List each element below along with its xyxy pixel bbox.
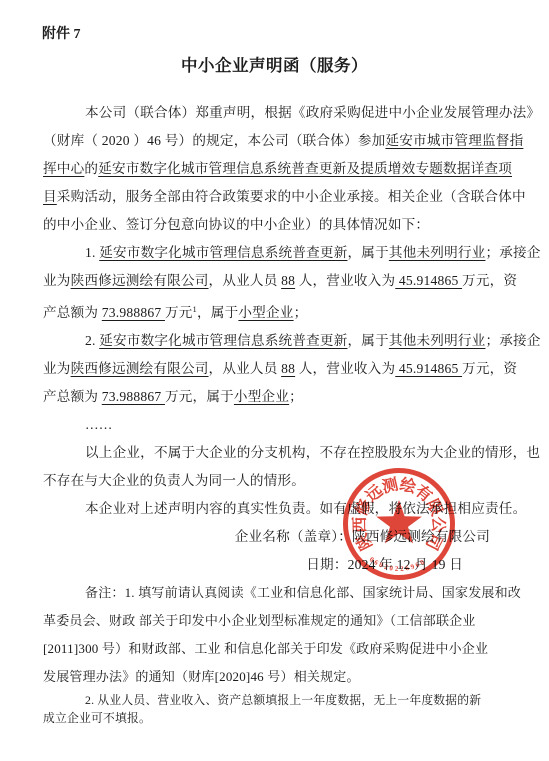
underlined-field: 陕西修远测绘有限公司 bbox=[71, 273, 209, 288]
underlined-field: 延安市数字化城市管理信息系统普查更新 bbox=[99, 333, 347, 348]
text-segment: ，从业人员 bbox=[209, 273, 282, 288]
text-segment: 万元，资 bbox=[462, 361, 517, 376]
text-segment: ，从业人员 bbox=[209, 361, 282, 376]
text-line: 业为陕西修远测绘有限公司，从业人员 88 人，营业收入为 45.914865 万… bbox=[43, 267, 509, 295]
text-segment: 人，营业收入为 bbox=[295, 273, 395, 288]
text-segment: 备注：1. 填写前请认真阅读《工业和信息化部、国家统计局、国家发展和改 bbox=[85, 585, 521, 600]
underlined-field: 45.914865 bbox=[395, 273, 462, 288]
text-segment: …… bbox=[85, 417, 113, 432]
text-segment: 1. bbox=[85, 245, 99, 260]
underlined-field: 其他未列明行业 bbox=[389, 245, 486, 260]
text-segment: ； bbox=[289, 389, 303, 404]
text-line: [2011]300 号）和财政部、工业 和信息化部关于印发《政府采购促进中小企业 bbox=[43, 635, 509, 663]
underlined-field: 88 bbox=[281, 361, 295, 376]
stamp-company-char: 测 bbox=[380, 475, 400, 496]
underlined-field: 其他未列明行业 bbox=[389, 333, 486, 348]
underlined-field: 陕西修远测绘有限公司 bbox=[71, 361, 209, 376]
text-segment: 产总额为 bbox=[43, 305, 102, 320]
text-segment: 万元，资 bbox=[462, 273, 517, 288]
underlined-field: 73.988867 bbox=[102, 389, 165, 404]
document-lines: 本公司（联合体）郑重声明，根据《政府采购促进中小企业发展管理办法》（财库（ 20… bbox=[43, 99, 509, 727]
text-segment: 以上企业，不属于大企业的分支机构，不存在控股股东为大企业的情形，也 bbox=[85, 445, 540, 460]
underlined-field: 延安市城市管理监督指 bbox=[385, 133, 523, 148]
text-segment: 2. bbox=[85, 333, 99, 348]
text-segment: 成立企业可不填报。 bbox=[43, 711, 151, 725]
text-line: 发展管理办法》的通知（财库[2020]46 号）相关规定。 bbox=[43, 663, 509, 691]
text-line: 2. 从业人员、营业收入、资产总额填报上一年度数据，无上一年度数据的新 bbox=[43, 691, 509, 709]
text-line: 挥中心的延安市数字化城市管理信息系统普查更新及提质增效专题数据详查项 bbox=[43, 155, 509, 183]
stamp-star-icon bbox=[376, 500, 422, 543]
underlined-field: 45.914865 bbox=[395, 361, 462, 376]
text-segment: ；承接企 bbox=[485, 333, 540, 348]
text-segment: ； bbox=[294, 305, 308, 320]
text-segment: 万元 bbox=[165, 305, 193, 320]
text-line: （财库（ 2020 ）46 号）的规定，本公司（联合体）参加延安市城市管理监督指 bbox=[43, 127, 509, 155]
text-segment: （财库（ 2020 ）46 号）的规定，本公司（联合体）参加 bbox=[43, 133, 385, 148]
text-segment: ，属于 bbox=[197, 305, 238, 320]
text-line: …… bbox=[43, 411, 509, 439]
underlined-field: 挥中心 bbox=[43, 161, 84, 176]
text-line: 的中小企业、签订分包意向协议的中小企业）的具体情况如下： bbox=[43, 211, 509, 239]
underlined-field: 73.988867 bbox=[102, 305, 165, 320]
underlined-field: 小型企业 bbox=[238, 305, 293, 320]
text-segment: ；承接企 bbox=[485, 245, 540, 260]
text-segment: [2011]300 号）和财政部、工业 和信息化部关于印发《政府采购促进中小企业 bbox=[43, 641, 488, 656]
underlined-field: 目 bbox=[43, 189, 57, 204]
document-page: 附件 7 中小企业声明函（服务） 本公司（联合体）郑重声明，根据《政府采购促进中… bbox=[0, 0, 549, 761]
text-segment: 本企业对上述声明内容的真实性负责。如有虚假，将依法承担相应责任。 bbox=[85, 501, 526, 516]
text-line: 产总额为 73.988867 万元，属于小型企业； bbox=[43, 383, 509, 411]
text-line: 1. 延安市数字化城市管理信息系统普查更新，属于其他未列明行业；承接企 bbox=[43, 239, 509, 267]
underlined-field: 88 bbox=[281, 273, 295, 288]
text-line: 本公司（联合体）郑重声明，根据《政府采购促进中小企业发展管理办法》 bbox=[43, 99, 509, 127]
text-segment: 业为 bbox=[43, 361, 71, 376]
text-line: 业为陕西修远测绘有限公司，从业人员 88 人，营业收入为 45.914865 万… bbox=[43, 355, 509, 383]
text-line: 成立企业可不填报。 bbox=[43, 709, 509, 727]
underlined-field: 延安市数字化城市管理信息系统普查更新 bbox=[99, 245, 347, 260]
document-title: 中小企业声明函（服务） bbox=[0, 52, 549, 76]
stamp-company-char: 西 bbox=[351, 517, 369, 533]
text-segment: 本公司（联合体）郑重声明，根据《政府采购促进中小企业发展管理办法》 bbox=[85, 105, 540, 120]
text-segment: ，属于 bbox=[348, 245, 389, 260]
underlined-field: 小型企业 bbox=[234, 389, 289, 404]
text-segment: 2. 从业人员、营业收入、资产总额填报上一年度数据，无上一年度数据的新 bbox=[85, 693, 481, 707]
text-segment: 革委员会、财政 部关于印发中小企业划型标准规定的通知》（工信部联企业 bbox=[43, 613, 476, 628]
text-segment: 产总额为 bbox=[43, 389, 102, 404]
text-segment: 人，营业收入为 bbox=[295, 361, 395, 376]
stamp-company-char: 司 bbox=[422, 530, 446, 553]
text-segment: 业为 bbox=[43, 273, 71, 288]
text-line: 目采购活动，服务全部由符合政策要求的中小企业承接。相关企业（含联合体中 bbox=[43, 183, 509, 211]
underlined-field: 延安市数字化城市管理信息系统普查更新及提质增效专题数据详查项 bbox=[98, 161, 512, 176]
text-segment: 发展管理办法》的通知（财库[2020]46 号）相关规定。 bbox=[43, 669, 360, 684]
text-line: 产总额为 73.988867 万元1，属于小型企业； bbox=[43, 295, 509, 327]
text-line: 革委员会、财政 部关于印发中小企业划型标准规定的通知》（工信部联企业 bbox=[43, 607, 509, 635]
text-segment: 万元，属于 bbox=[165, 389, 234, 404]
company-seal-stamp: 陕西修远测绘有限公司 06020226960 bbox=[339, 464, 459, 584]
text-line: 2. 延安市数字化城市管理信息系统普查更新，属于其他未列明行业；承接企 bbox=[43, 327, 509, 355]
text-segment: 采购活动，服务全部由符合政策要求的中小企业承接。相关企业（含联合体中 bbox=[57, 189, 526, 204]
text-segment: 不存在与大企业的负责人为同一人的情形。 bbox=[43, 473, 305, 488]
text-segment: 的中小企业、签订分包意向协议的中小企业）的具体情况如下： bbox=[43, 217, 429, 232]
stamp-company-char: 陕 bbox=[352, 530, 376, 553]
attachment-label: 附件 7 bbox=[42, 23, 81, 43]
text-segment: 的 bbox=[84, 161, 98, 176]
text-segment: ，属于 bbox=[348, 333, 389, 348]
text-line: 以上企业，不属于大企业的分支机构，不存在控股股东为大企业的情形，也 bbox=[43, 439, 509, 467]
